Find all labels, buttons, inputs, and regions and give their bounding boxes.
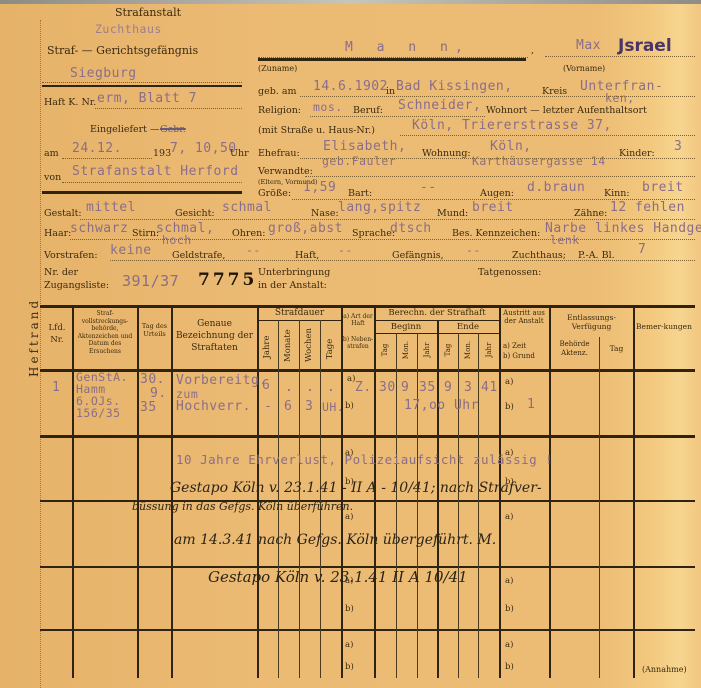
handwritten-note-2: büssung in das Gefgs. Köln überführen.	[132, 500, 353, 513]
header-austritt-zeit: a) Zeit	[503, 342, 526, 350]
header-jahre: Jahre	[262, 332, 272, 362]
row1-art-b: b)	[345, 401, 354, 411]
row1-monate-1: .	[285, 380, 293, 395]
row5-austritt-a: a)	[505, 640, 513, 650]
surname-rule	[258, 58, 526, 61]
gesicht-value: schmal	[222, 200, 272, 215]
header-lfd: Lfd. Nr.	[42, 322, 72, 346]
prisoner-record-card: Zuchthaus Strafanstalt Straf- — Gerichts…	[0, 0, 701, 688]
row1-ende-jahr: 41	[481, 380, 498, 395]
zaehne-value: 12 fehlen	[610, 200, 685, 215]
strasse-value: Köln, Triererstrasse 37,	[412, 118, 612, 133]
row1-urteil-year: 35	[140, 400, 157, 415]
kennzeichen-label: Bes. Kennzeichen:	[452, 228, 540, 239]
stirn-value-2: hoch	[162, 233, 192, 247]
col-line	[437, 320, 439, 678]
nase-value: lang,spitz	[338, 200, 421, 215]
row1-austritt-b-value: 1	[527, 397, 535, 412]
col-line	[278, 320, 279, 678]
row1-urteil-day: 30.	[140, 372, 165, 387]
header-nebenstrafen: b) Neben-strafen	[342, 336, 374, 350]
unterbringung-label-1: Unterbringung	[258, 267, 330, 278]
dotline	[305, 176, 695, 177]
row1-beginn-jahr: 35	[419, 380, 436, 395]
row1-beginn-mon: 9	[401, 380, 409, 395]
given-name: Max	[576, 38, 601, 53]
institution-place: Siegburg	[70, 66, 137, 81]
dotline	[110, 260, 695, 261]
row5-art-b: b)	[345, 662, 354, 672]
header-ende-jahr: Jahr	[485, 335, 493, 365]
surname-comma: ,	[455, 40, 463, 55]
row4-austritt-b: b)	[505, 604, 514, 614]
col-line	[137, 307, 139, 678]
pa-value: 7	[638, 242, 646, 257]
zaehne-label: Zähne:	[574, 208, 607, 219]
row3-austritt-a: a)	[505, 512, 513, 522]
uhr-label: Uhr	[230, 148, 249, 159]
geldstrafe-value: --	[246, 243, 261, 257]
sprache-value: dtsch	[390, 221, 432, 236]
row1-wochen-1: .	[306, 380, 314, 395]
dotline	[300, 158, 695, 159]
header-monate: Monate	[283, 332, 293, 362]
am-label: am	[44, 148, 59, 159]
year-prefix: 193	[153, 148, 171, 159]
gefaengnis-value: --	[466, 243, 481, 257]
row1-ende-mon: 3	[464, 380, 472, 395]
header-beginn: Beginn	[375, 321, 437, 333]
header-entlassung-tag: Tag	[600, 345, 633, 353]
dotline	[62, 158, 152, 159]
header-bezeichnung: Genaue Bezeichnung der Straftaten	[173, 318, 256, 354]
strasse-label: (mit Straße u. Haus-Nr.)	[258, 125, 375, 136]
col-line	[320, 320, 321, 678]
row1-jahre-2: -	[264, 399, 272, 414]
dotline	[70, 239, 695, 240]
ohren-label: Ohren:	[232, 228, 265, 239]
haft-value: erm, Blatt 7	[97, 91, 197, 106]
mund-label: Mund:	[437, 208, 468, 219]
row1-lfd: 1	[52, 380, 60, 395]
row1-bezeichnung-3: Hochverr.	[176, 399, 251, 414]
header-beginn-jahr: Jahr	[423, 335, 431, 365]
institution-crossed-typed: Zuchthaus	[95, 22, 162, 36]
haft-label: Haft K. Nr.	[44, 97, 96, 108]
wohnung-value-2: Karthäusergasse 14	[472, 154, 606, 168]
row4-art-a: a)	[345, 576, 353, 586]
haft-value-2: --	[338, 243, 353, 257]
row1-behoerde-4: 156/35	[76, 407, 121, 419]
gestalt-value: mittel	[86, 200, 136, 215]
header-entlassung-behoerde: Behörde Aktenz.	[550, 340, 599, 358]
born-date: 14.6.1902	[313, 79, 388, 94]
kinn-value: breit	[642, 180, 684, 195]
header-tag-urteil: Tag des Urteils	[139, 322, 170, 338]
gesicht-label: Gesicht:	[175, 208, 215, 219]
ohren-value: groß,abst	[268, 221, 343, 236]
row1-monate-2: 6	[284, 399, 292, 414]
zugang-label-1: Nr. der	[44, 267, 78, 278]
row4-austritt-a: a)	[505, 576, 513, 586]
col-line	[396, 333, 397, 678]
haar-value: schwarz	[70, 221, 128, 236]
header-art-haft: a) Art der Haft	[342, 313, 374, 327]
surname: M a n n	[345, 40, 456, 55]
wohnung-value-1: Köln,	[490, 139, 532, 154]
header-rule-2	[42, 191, 242, 194]
row1-art-value: Z.	[355, 380, 372, 395]
header-ende: Ende	[437, 321, 499, 333]
header-wochen: Wochen	[304, 332, 314, 362]
scan-edge	[0, 0, 701, 4]
vorstrafen-label: Vorstrafen:	[44, 250, 98, 261]
header-beginn-tag: Tag	[381, 335, 389, 365]
typed-note: 10 Jahre Ehrverlust, Polizeiaufsicht zul…	[176, 452, 553, 467]
row3-art-a: a)	[345, 512, 353, 522]
unterbringung-label-2: in der Anstalt:	[258, 280, 327, 291]
header-behoerde: Straf-vollstreckungs-behörde, Aktenzeich…	[74, 310, 136, 355]
beruf-label: Beruf:	[353, 105, 383, 116]
dotline	[545, 56, 695, 57]
header-beginn-mon: Mon.	[402, 335, 410, 365]
row1-ende-tag: 9	[444, 380, 452, 395]
dotline	[300, 96, 695, 97]
header-rule	[42, 85, 242, 87]
year-time: 7, 10,50	[170, 141, 237, 156]
ehefrau-label: Ehefrau:	[258, 148, 300, 159]
von-value: Strafanstalt Herford	[72, 164, 239, 179]
born-place: Bad Kissingen,	[396, 79, 513, 94]
institution-form-label: Straf- — Gerichtsgefängnis	[47, 44, 198, 57]
row1-austritt-b: b)	[505, 402, 514, 412]
handwritten-note-1: Gestapo Köln v. 23.1.41 - II A - 10/41; …	[170, 480, 542, 496]
annahme-label: (Annahme)	[642, 665, 687, 674]
col-line	[549, 307, 551, 678]
given-name-stamp: Jsrael	[618, 36, 672, 56]
beruf-value: Schneider,	[398, 98, 481, 113]
dotline	[400, 135, 695, 136]
gestalt-label: Gestalt:	[44, 208, 82, 219]
zugang-label-2: Zugangsliste:	[44, 280, 109, 291]
header-ende-tag: Tag	[444, 335, 452, 365]
col-line	[599, 337, 600, 678]
row1-ende-time: 17,oo Uhr	[404, 398, 479, 413]
header-ende-mon: Mon.	[464, 335, 472, 365]
zugang-number: 7775	[198, 270, 257, 290]
dotline	[42, 82, 242, 83]
row1-urteil-month: 9.	[150, 386, 167, 401]
institution-type-label: Strafanstalt	[115, 6, 181, 19]
kinn-label: Kinn:	[604, 188, 630, 199]
kennzeichen-value-2: lenk	[550, 233, 580, 247]
row4-art-b: b)	[345, 604, 354, 614]
handwritten-note-4: Gestapo Köln v. 23.1.41 II A 10/41	[208, 568, 468, 586]
dotline	[95, 108, 242, 109]
haar-label: Haar:	[44, 228, 71, 239]
tatgenossen-label: Tatgenossen:	[478, 267, 541, 278]
eingeliefert-label: Eingeliefert —	[90, 124, 160, 135]
col-line	[458, 333, 459, 678]
religion-value: mos.	[313, 100, 343, 114]
handwritten-note-3: am 14.3.41 nach Gefgs. Köln übergeführt.…	[174, 532, 496, 548]
groesse-value: 1,59	[303, 180, 336, 195]
header-austritt-grund: b) Grund	[503, 352, 535, 360]
kinder-value: 3	[674, 139, 682, 154]
header-austritt: Austritt aus der Anstalt	[500, 309, 548, 325]
header-strafdauer: Strafdauer	[258, 307, 341, 319]
given-name-label: (Vorname)	[563, 64, 605, 73]
row1-tage-2: UH.	[322, 400, 344, 414]
vorstrafen-value: keine	[110, 243, 152, 258]
religion-label: Religion:	[258, 105, 301, 116]
col-line	[633, 307, 635, 678]
mund-value: breit	[472, 200, 514, 215]
surname-label: (Zuname)	[258, 64, 297, 73]
ehefrau-value-2: geb.Fauler	[322, 154, 396, 168]
wohnort-label: Wohnort — letzter Aufenthaltsort	[486, 105, 647, 116]
col-line	[478, 333, 479, 678]
augen-label: Augen:	[480, 188, 514, 199]
nase-label: Nase:	[311, 208, 339, 219]
sprache-label: Sprache:	[352, 228, 395, 239]
row1-bezeichnung-1: Vorbereitg.	[176, 373, 268, 388]
row1-austritt-a: a)	[505, 377, 513, 387]
header-entlassung: Entlassungs-Verfügung	[550, 313, 633, 331]
ehefrau-value-1: Elisabeth,	[323, 139, 406, 154]
dotline	[62, 182, 242, 183]
zugang-value: 391/37	[122, 272, 179, 290]
name-comma: ,	[531, 45, 534, 56]
row1-wochen-2: 3	[305, 399, 313, 414]
header-tage: Tage	[325, 334, 335, 364]
dotline	[80, 219, 695, 220]
bart-value: --	[420, 180, 437, 195]
row1-beginn-tag: 30	[379, 380, 396, 395]
col-line	[417, 333, 418, 678]
heftrand-side-label: Heftrand	[27, 317, 41, 377]
row5-art-a: a)	[345, 640, 353, 650]
header-bemerkungen: Bemer-kungen	[634, 322, 694, 331]
row1-jahre-1: 6	[262, 378, 270, 393]
col-line	[72, 307, 74, 678]
am-date: 24.12.	[72, 141, 122, 156]
born-label: geb. am	[258, 86, 297, 97]
augen-value: d.braun	[527, 180, 585, 195]
groesse-label: Größe:	[258, 188, 291, 199]
row5-austritt-b: b)	[505, 662, 514, 672]
header-berechnung: Berechn. der Strafhaft	[375, 307, 499, 319]
col-line	[299, 320, 300, 678]
von-label: von	[44, 172, 61, 183]
kreis-value-2: ken,	[605, 91, 635, 105]
bart-label: Bart:	[348, 188, 372, 199]
eingeliefert-crossed: Gebr.	[160, 124, 186, 135]
row1-tage-1: .	[327, 380, 335, 395]
dotline	[310, 116, 485, 117]
